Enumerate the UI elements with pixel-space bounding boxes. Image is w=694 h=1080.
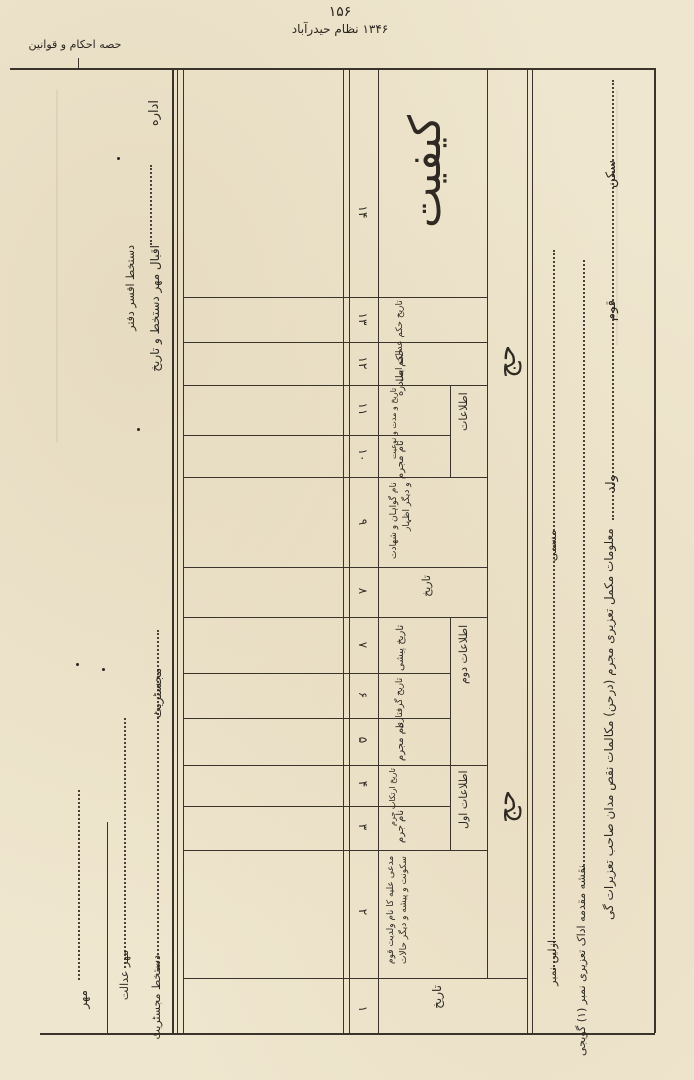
col-number-6: ۶ bbox=[356, 681, 370, 709]
row-line bbox=[183, 617, 487, 618]
left-double-a bbox=[172, 68, 174, 1033]
col-number-14: ۱۴ bbox=[356, 198, 370, 226]
field-text-line2[interactable]: نقشه مقدمه اداک تعزیری نمبر (۱) گویجی bbox=[575, 865, 588, 985]
data-left-edge bbox=[183, 68, 184, 1033]
sig-top-text[interactable]: اقبال مهر دستخط و تاریخ bbox=[148, 245, 162, 372]
col-number-1: ۱ bbox=[356, 995, 370, 1023]
subheader-split-lower bbox=[450, 617, 451, 850]
col-label-9: نام گواہان و شهادت و دیگر اظہار bbox=[388, 482, 443, 564]
field-label-sakan[interactable]: سکن bbox=[604, 160, 619, 188]
sig-bottom-label: مجسٹریٹ bbox=[150, 668, 164, 718]
col-label-11: تاریخ و مدت و نوعیت bbox=[388, 388, 399, 433]
row-line bbox=[183, 435, 450, 436]
col-number-4: ۴ bbox=[356, 770, 370, 798]
gazette-title: ۱۳۴۶ نظام حیدرآباد bbox=[270, 22, 410, 36]
label-col-edge bbox=[378, 68, 379, 1033]
row-line bbox=[183, 673, 450, 674]
frame-bottom bbox=[40, 1033, 655, 1035]
row-line bbox=[183, 477, 487, 478]
col-number-8: ۸ bbox=[356, 577, 370, 605]
row-line bbox=[183, 718, 450, 719]
row-line bbox=[183, 342, 487, 343]
sig-top-line bbox=[150, 165, 152, 245]
row-line bbox=[183, 765, 487, 766]
sig-top-sub[interactable]: دستخط افسر دفتر bbox=[124, 245, 137, 331]
row-line bbox=[183, 385, 487, 386]
number-col-a bbox=[343, 68, 344, 1033]
signature-box-line bbox=[107, 822, 108, 1033]
field-text-line1[interactable]: معلومات مکمل تعزیری مجرم (درحن) مکالمات … bbox=[602, 528, 616, 988]
col-label-5: نام مجرم bbox=[395, 722, 406, 762]
subheader-split-upper bbox=[450, 385, 451, 477]
group-label-ittilaat: اطلاعات bbox=[457, 392, 470, 472]
ink-speck bbox=[137, 428, 140, 431]
field-line-2 bbox=[583, 260, 585, 870]
frame-right bbox=[654, 68, 656, 1033]
sig-top-label: اداره bbox=[147, 100, 162, 126]
col-number-12: ۱۲ bbox=[356, 349, 370, 377]
remarks-header: کیفیت bbox=[400, 115, 451, 228]
row-line bbox=[183, 567, 487, 568]
group-label-ittilaat-awwal: اطلاعات اول bbox=[457, 770, 470, 848]
col-number-11: ۱۱ bbox=[356, 395, 370, 423]
col-label-1: تاریخ bbox=[430, 985, 444, 1009]
col-label-12: حکم صادره bbox=[395, 348, 406, 382]
col-label-2: مدعی علیه کا نام ولدیت قوم سکونت و پیشه … bbox=[385, 856, 475, 974]
col-label-3: نام جرم bbox=[395, 810, 406, 848]
col-label-8: تاریخ bbox=[420, 575, 433, 597]
col-label-13: تاریخ حکم عدالت اپیل bbox=[395, 300, 405, 340]
left-double-b bbox=[177, 68, 178, 1033]
row-line bbox=[183, 978, 527, 979]
divider-double-a bbox=[527, 68, 528, 1033]
group-label-ittilaat-dom: اطلاعات دوم bbox=[457, 625, 470, 765]
field-line-3 bbox=[553, 250, 555, 970]
field-text-line3[interactable]: ازلیں نمبر bbox=[546, 940, 559, 986]
divider-double-b bbox=[532, 68, 533, 1033]
row-line bbox=[183, 850, 487, 851]
col-label-7: تاریخ پیشی bbox=[395, 625, 406, 670]
bleed-through-text: ________________________________________… bbox=[40, 90, 58, 443]
group-col-edge bbox=[487, 68, 488, 978]
ink-speck bbox=[102, 668, 105, 671]
col-number-10: ۱۰ bbox=[356, 441, 370, 469]
row-line bbox=[183, 297, 487, 298]
col-number-13: ۱۳ bbox=[356, 305, 370, 333]
page-number: ۱۵۶ bbox=[320, 4, 360, 20]
col-label-10: نام مجرم bbox=[395, 440, 406, 475]
row-line bbox=[183, 806, 450, 807]
group-header-upper: حج bbox=[492, 345, 522, 378]
field-label-qaum[interactable]: قوم bbox=[604, 300, 619, 321]
sig-bottom-mark[interactable]: مهر bbox=[76, 990, 90, 1009]
frame-top bbox=[10, 68, 655, 70]
sig-bottom-text[interactable]: دستخط مجسٹریٹ bbox=[150, 955, 163, 1040]
col-number-9: ۹ bbox=[356, 508, 370, 536]
ink-speck bbox=[117, 157, 120, 160]
col-number-5: ۵ bbox=[356, 726, 370, 754]
col-number-3: ۳ bbox=[356, 813, 370, 841]
sig-bottom-line-3 bbox=[78, 790, 80, 980]
ink-speck bbox=[76, 663, 79, 666]
col-label-6: تاریخ گرفتاری bbox=[395, 678, 405, 716]
field-label-wald[interactable]: ولد bbox=[604, 475, 619, 492]
col-label-4: تاریخ ارتکاب جرم bbox=[388, 768, 397, 804]
col-number-7: ۷ bbox=[356, 631, 370, 659]
group-header-lower: حج bbox=[492, 790, 522, 823]
col-number-2: ۲ bbox=[356, 898, 370, 926]
sig-bottom-line-2 bbox=[124, 718, 126, 968]
sig-bottom-sub[interactable]: مهر عدالت bbox=[118, 950, 131, 1000]
field-label-musamma[interactable]: مسمی bbox=[546, 530, 559, 561]
number-col-b bbox=[349, 68, 350, 1033]
section-title: حصه احکام و قوانین bbox=[20, 38, 130, 51]
